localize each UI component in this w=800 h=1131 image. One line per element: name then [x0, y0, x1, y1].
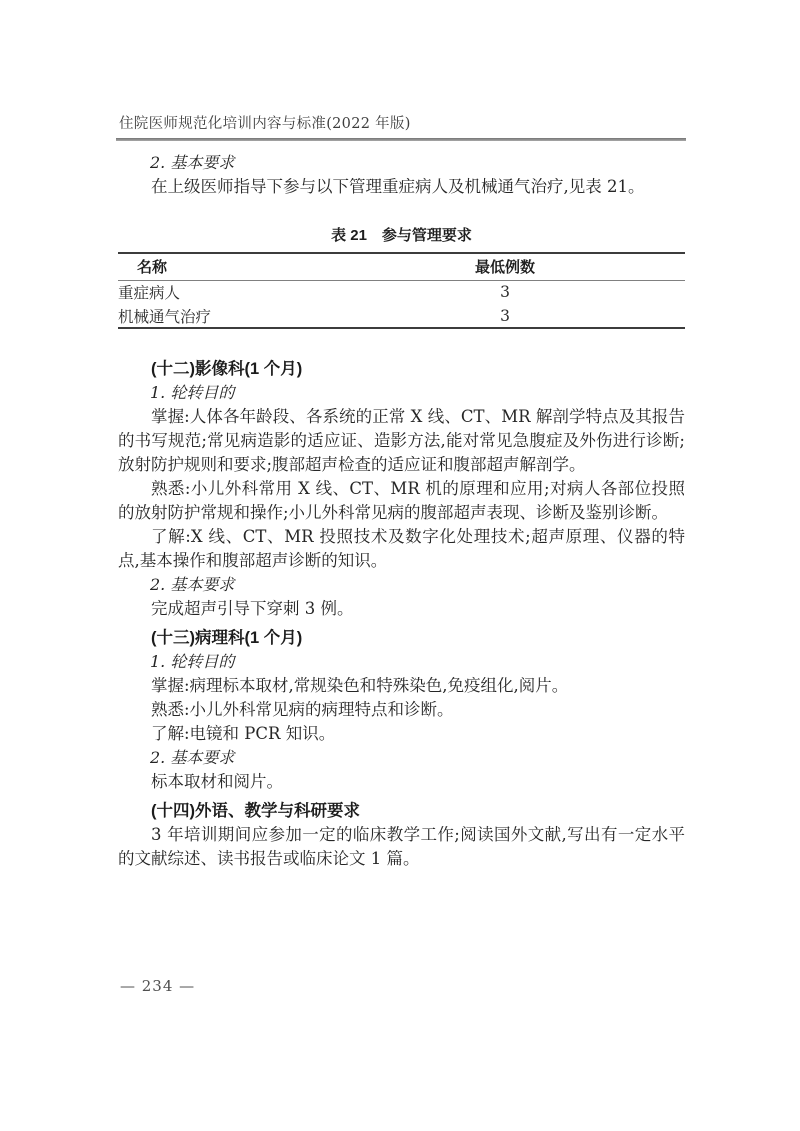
body-paragraph: 完成超声引导下穿刺 3 例。 — [118, 597, 685, 621]
page-content: 2. 基本要求在上级医师指导下参与以下管理重症病人及机械通气治疗,见表 21。表… — [118, 141, 685, 871]
table-caption: 表 21 参与管理要求 — [118, 225, 685, 247]
numbered-subheading: 1. 轮转目的 — [118, 381, 685, 405]
table-header-cell: 名称 — [118, 253, 325, 280]
document-page: 住院医师规范化培训内容与标准(2022 年版) 2. 基本要求在上级医师指导下参… — [0, 0, 800, 1131]
table-cell: 3 — [325, 280, 685, 304]
section-heading: (十二)影像科(1 个月) — [118, 357, 685, 381]
table-cell: 3 — [325, 304, 685, 328]
numbered-subheading: 1. 轮转目的 — [118, 650, 685, 674]
section-heading: (十三)病理科(1 个月) — [118, 626, 685, 650]
numbered-subheading: 2. 基本要求 — [118, 151, 685, 175]
table-header-row: 名称最低例数 — [118, 253, 685, 280]
body-paragraph: 熟悉:小儿外科常用 X 线、CT、MR 机的原理和应用;对病人各部位投照的放射防… — [118, 477, 685, 525]
body-paragraph: 掌握:病理标本取材,常规染色和特殊染色,免疫组化,阅片。 — [118, 674, 685, 698]
requirements-table: 名称最低例数重症病人3机械通气治疗3 — [118, 252, 685, 329]
body-paragraph: 熟悉:小儿外科常见病的病理特点和诊断。 — [118, 698, 685, 722]
body-paragraph: 了解:X 线、CT、MR 投照技术及数字化处理技术;超声原理、仪器的特点,基本操… — [118, 525, 685, 573]
table-cell: 机械通气治疗 — [118, 304, 325, 328]
body-paragraph: 在上级医师指导下参与以下管理重症病人及机械通气治疗,见表 21。 — [118, 175, 685, 199]
section-heading: (十四)外语、教学与科研要求 — [118, 799, 685, 823]
numbered-subheading: 2. 基本要求 — [118, 746, 685, 770]
body-paragraph: 标本取材和阅片。 — [118, 770, 685, 794]
body-paragraph: 了解:电镜和 PCR 知识。 — [118, 722, 685, 746]
page-number: — 234 — — [120, 976, 195, 996]
body-paragraph: 掌握:人体各年龄段、各系统的正常 X 线、CT、MR 解剖学特点及其报告的书写规… — [118, 405, 685, 477]
table-row: 机械通气治疗3 — [118, 304, 685, 328]
table-row: 重症病人3 — [118, 280, 685, 304]
table-cell: 重症病人 — [118, 280, 325, 304]
table-header-cell: 最低例数 — [325, 253, 685, 280]
numbered-subheading: 2. 基本要求 — [118, 573, 685, 597]
body-paragraph: 3 年培训期间应参加一定的临床教学工作;阅读国外文献,写出有一定水平的文献综述、… — [118, 823, 685, 871]
running-head: 住院医师规范化培训内容与标准(2022 年版) — [119, 115, 686, 134]
